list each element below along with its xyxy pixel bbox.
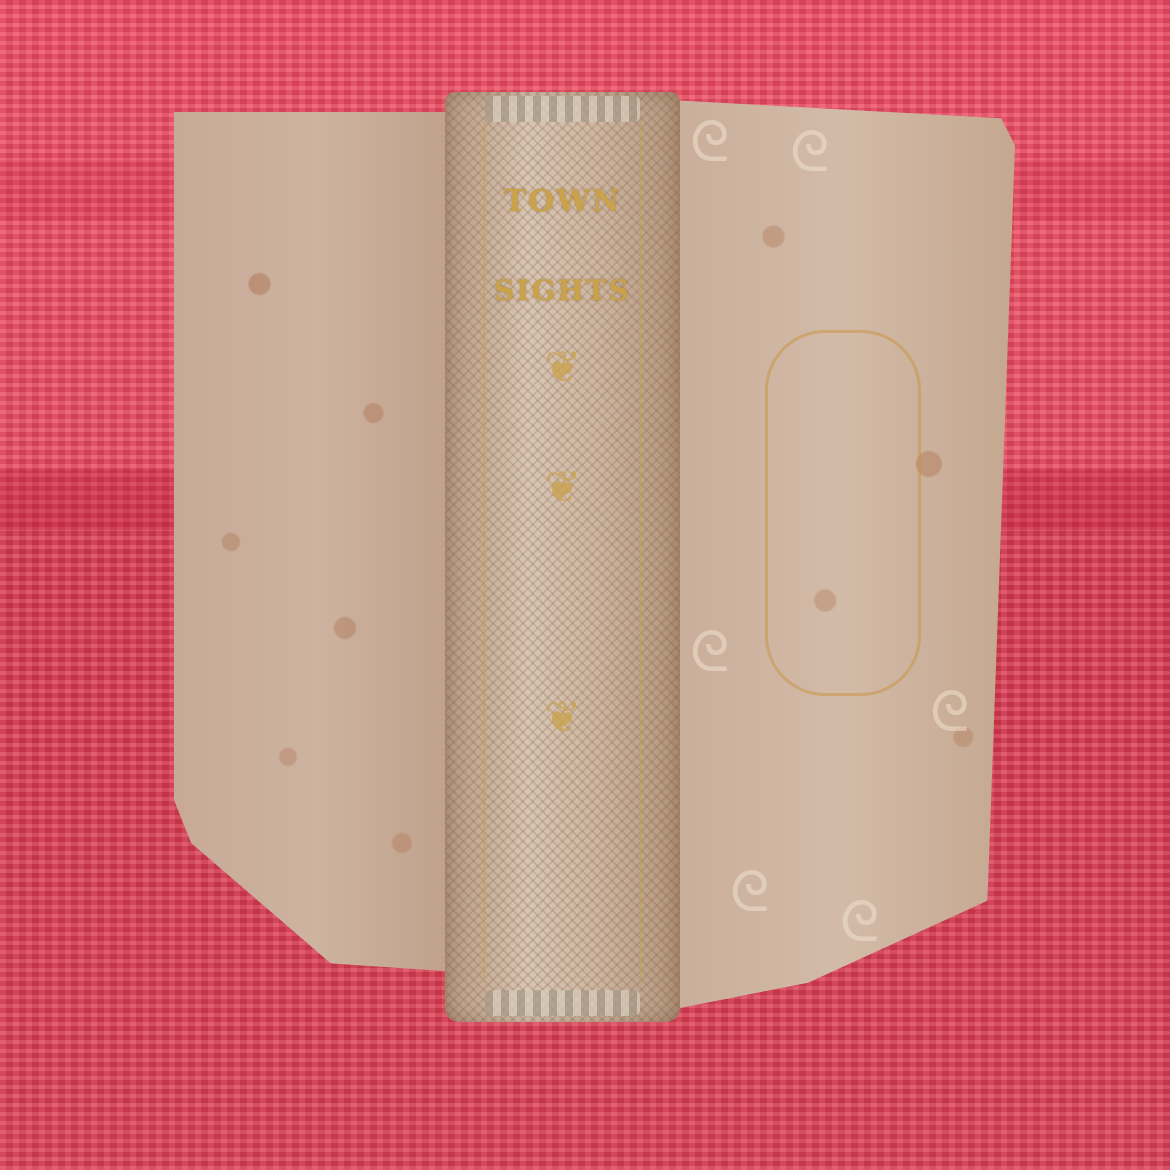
- gilt-cartouche-ornament: [765, 330, 921, 696]
- spine-title-line2: SIGHTS: [445, 274, 680, 307]
- spine-ornament-icon: ❦: [544, 462, 581, 513]
- swirl-ornament-icon: ᘓ: [690, 620, 729, 686]
- spine-title-line1: TOWN: [445, 184, 680, 219]
- swirl-ornament-icon: ᘓ: [930, 680, 969, 746]
- spine-tailcap: [485, 990, 640, 1016]
- spine-headcap: [485, 96, 640, 122]
- book-front-cover: ᘓ ᘓ ᘓ ᘓ ᘓ ᘓ: [670, 100, 1015, 1010]
- book-back-cover: [174, 112, 459, 972]
- spine-ornament-icon: ❦: [544, 342, 581, 393]
- swirl-ornament-icon: ᘓ: [790, 120, 829, 186]
- spine-gilt-rule: [640, 122, 642, 982]
- spine-gilt-rule: [483, 122, 485, 982]
- book-spine: TOWN SIGHTS ❦ ❦ ❦: [445, 92, 680, 1022]
- spine-ornament-icon: ❦: [544, 692, 581, 743]
- swirl-ornament-icon: ᘓ: [840, 890, 879, 956]
- swirl-ornament-icon: ᘓ: [690, 110, 729, 176]
- antique-book: ᘓ ᘓ ᘓ ᘓ ᘓ ᘓ TOWN SIGHTS ❦ ❦ ❦: [0, 0, 1170, 1170]
- swirl-ornament-icon: ᘓ: [730, 860, 769, 926]
